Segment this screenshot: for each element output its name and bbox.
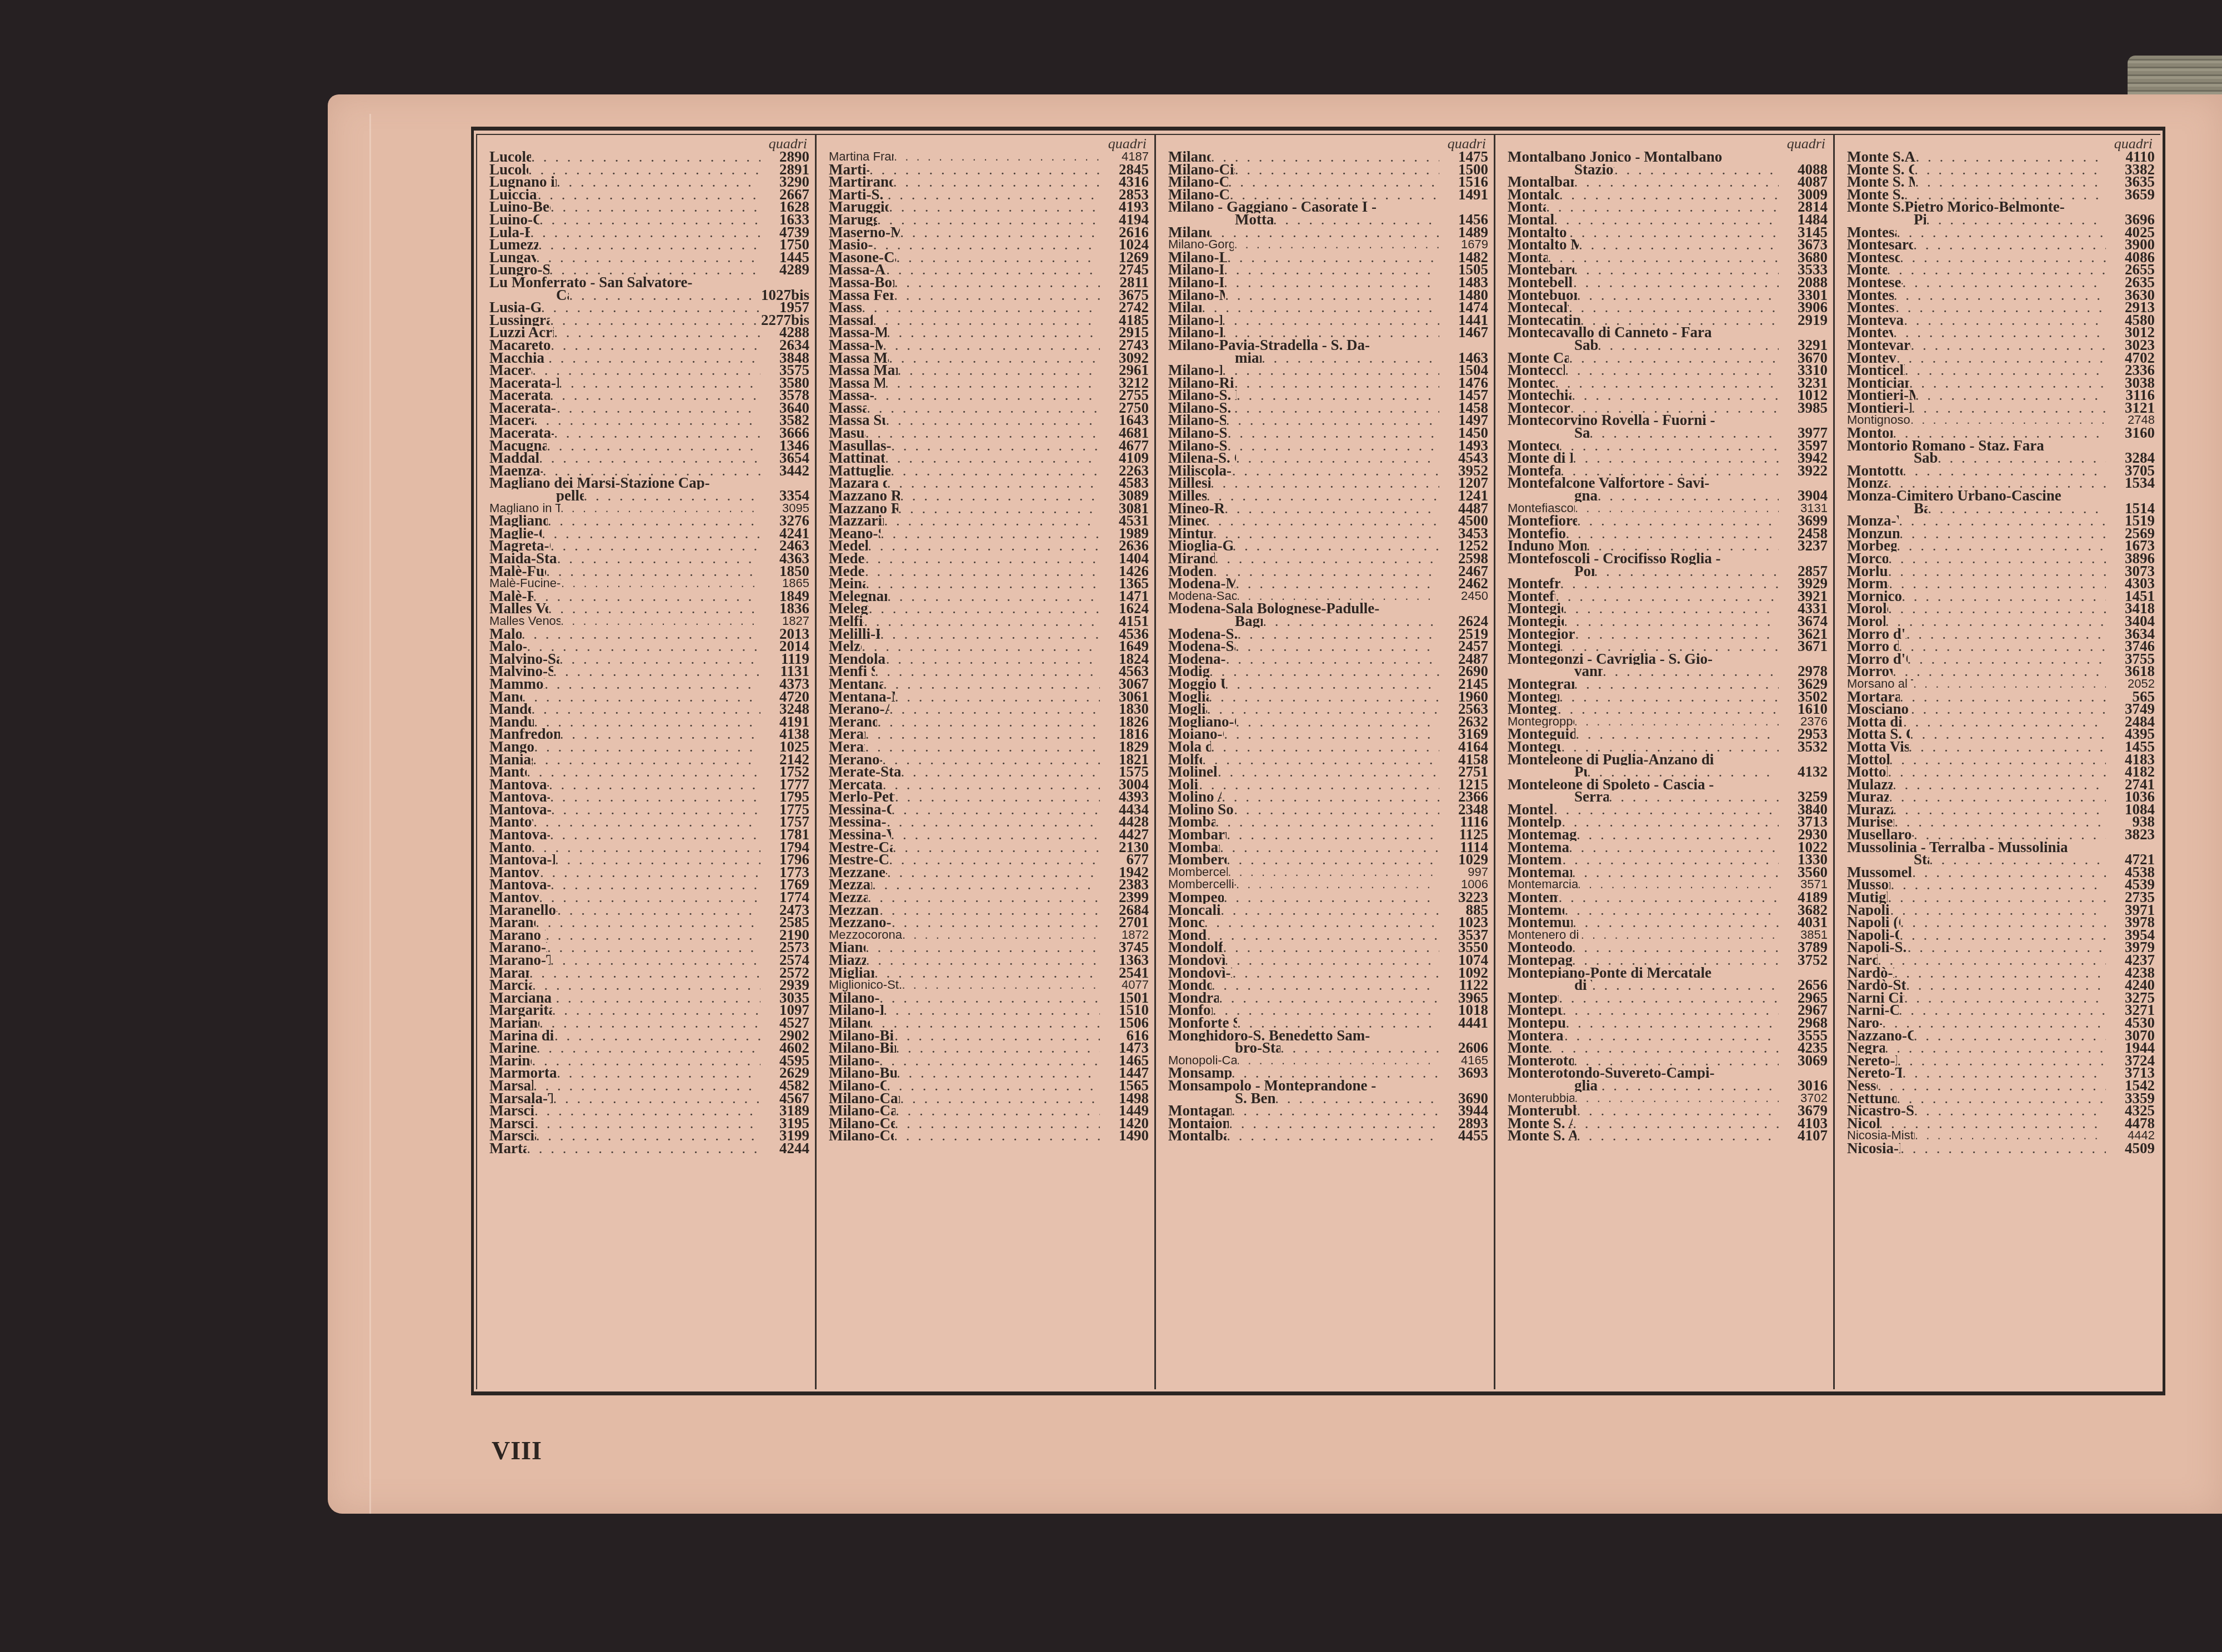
route-name: Nardò-Porto Cesareo — [1847, 967, 1894, 979]
route-name: Stazione Ferrovie Stato — [1574, 163, 1614, 176]
leader-dots — [1213, 565, 1439, 578]
index-entry: Mazzano Romano-Bivio Settevene3089 — [829, 489, 1149, 502]
index-entry: Mantova-Gonzaga1757 — [489, 815, 809, 828]
index-entry: Napoli (Autovie di)3971 — [1847, 904, 2155, 917]
table-number: 3823 — [2106, 828, 2155, 841]
index-entry: Morlupo-Stazione3073 — [1847, 565, 2155, 578]
index-entry: Montecorvino-Pontecagnano3985 — [1508, 402, 1828, 414]
leader-dots — [1888, 552, 2106, 565]
leader-dots — [1211, 151, 1439, 163]
index-entry: Monteleone di Puglia-Anzano di — [1508, 753, 1828, 766]
leader-dots — [1594, 565, 1779, 578]
index-entry: Masone-Campo Ligure .. 1255 e1269 — [829, 251, 1149, 264]
route-name: Mantova-Gonzaga — [489, 815, 533, 828]
leader-dots — [1207, 489, 1439, 502]
leader-dots — [1559, 992, 1779, 1004]
leader-dots — [865, 552, 1100, 565]
index-entry: Malè-Rabbi Bagni1849 — [489, 590, 809, 603]
index-entry: Mondolfo-Marotta Staz.3550 — [1168, 941, 1488, 954]
route-name: Montecavallo di Canneto - Fara — [1508, 326, 1711, 339]
index-entry: Martina Franca-Crispiano-Taranto4187 — [829, 151, 1149, 163]
route-name: Macerata-Sarnano-Amandola — [489, 427, 554, 439]
route-name: Malles Venosta-Monastero — [489, 602, 548, 615]
index-entry: Marano-Modena-Bologna2573 — [489, 941, 809, 954]
route-name: Monticiano-Ponte della Feccia — [1847, 377, 1909, 389]
route-name: Motta S. Giovanni-Reggio Cal. — [1847, 728, 1910, 740]
index-entry: Montegranaro-Portocivitanova3629 — [1508, 678, 1828, 690]
index-entry: Montemarcello-Ameglia1330 — [1508, 853, 1828, 866]
route-name: Maranello-Sassuolo — [489, 916, 536, 929]
leader-dots — [1234, 377, 1439, 389]
index-entry: Masullas-Mogoro-Uras Staz.4677 — [829, 439, 1149, 452]
route-name: Mondolfo-Marotta Staz. — [1168, 941, 1223, 954]
leader-dots — [1902, 1067, 2106, 1079]
route-name: Monte Cavallo-Pieve Torina — [1508, 352, 1569, 364]
leader-dots — [1225, 289, 1439, 302]
index-entry: Monterotondo-Suvereto-Campi- — [1508, 1067, 1828, 1079]
index-entry: Miano-Teramo3745 — [829, 941, 1149, 954]
index-entry: Pontedera2857 — [1508, 565, 1828, 578]
index-entry: Monzuno-Vado-Bologna2569 — [1847, 527, 2155, 540]
index-entry: Malles Venosta-Resia Passo-Nauders1827 — [489, 615, 809, 628]
leader-dots — [544, 678, 760, 690]
leader-dots — [549, 263, 760, 276]
leader-dots — [560, 502, 760, 515]
route-name: Marano Lagunare-Udine — [489, 929, 546, 942]
index-entry: Marti-S. Romano Stazione2853 — [829, 188, 1149, 201]
leader-dots — [538, 238, 760, 251]
route-name: Montalto Marche-Porto S.Giorgio — [1508, 238, 1579, 251]
leader-dots — [1911, 703, 2106, 715]
index-entry: Mezzano-Villanova-Ravenna2701 — [829, 916, 1149, 929]
leader-dots — [1559, 690, 1779, 703]
route-name: Maenza-Sezze-Pontinia — [489, 464, 543, 477]
index-entry: Meano-Sedico-Belluno1989 — [829, 527, 1149, 540]
route-name: Morro d'Alba-Monsano-Jesi — [1847, 628, 1906, 640]
route-name: Mezzani-Parma — [829, 891, 868, 904]
route-name: Montottone-Grottazzolina — [1847, 464, 1903, 477]
route-name: Piceno — [1914, 213, 1926, 226]
route-name: Mede-Mortara — [829, 552, 865, 565]
index-entry: Massa Superiore-Ferrara1643 — [829, 414, 1149, 427]
index-entry: Mosciano S. Angelo-Giulianova3749 — [1847, 703, 2155, 715]
leader-dots — [1573, 452, 1779, 464]
route-name: Montepulciano-Torrenieri — [1508, 1017, 1565, 1029]
leader-dots — [1889, 753, 2106, 766]
index-entry: Monticiano-Ponte della Feccia3038 — [1847, 377, 2155, 389]
route-name: Mantova-Ostiglia — [489, 841, 531, 854]
route-name: Montebuono-Tarano-Stimigliano — [1508, 289, 1577, 302]
route-name: Massa-Borgo a Buggiano Staz. — [829, 276, 894, 289]
route-name: Messina-Massa S. Giorgio — [829, 815, 887, 828]
index-entry: Minturno-Stazione3453 — [1168, 527, 1488, 540]
leader-dots — [1235, 640, 1439, 653]
leader-dots — [1905, 364, 2106, 377]
leader-dots — [1202, 753, 1439, 766]
index-entry: Mazzarino-Caltanissetta4531 — [829, 514, 1149, 527]
route-name: Merlo-Pettogallico-Reggio Cal. — [829, 790, 895, 803]
index-entry: bro-Staz.-Rocche di Lagaro2606 — [1168, 1042, 1488, 1054]
route-name: Morbegno-Gerola Alta — [1847, 539, 1896, 552]
leader-dots — [569, 289, 758, 302]
route-name: Mottola-S. Basilio — [1847, 765, 1888, 778]
leader-dots — [1901, 590, 2106, 603]
route-name: Molini-Gavi — [1168, 778, 1199, 791]
route-name: Milano-Binasco-Certosa-Pavia — [829, 1029, 894, 1042]
index-entry: Mango-Neive-Alba1025 — [489, 740, 809, 753]
route-name: Malè-Fucine-Cogolo-Peio — [489, 565, 546, 578]
route-name: Macerata-Ancona — [489, 364, 532, 377]
leader-dots — [1237, 1017, 1439, 1029]
leader-dots — [1549, 1042, 1779, 1054]
route-name: Montalcino-Torrenieri — [1508, 188, 1559, 201]
route-name: Montieri-Miniere S. Boccheggiano — [1847, 389, 1915, 402]
table-number: 3922 — [1779, 464, 1828, 477]
route-name: Mantova-Viadana-Brescello — [489, 878, 551, 891]
index-entry: Messina-Massa S. Giorgio4428 — [829, 815, 1149, 828]
route-name: Lusia-Grompo-Rovivo — [489, 301, 541, 314]
index-entry: Mineo-Stazione4500 — [1168, 514, 1488, 527]
route-name: Merate-Stazione Merate-Cernusco — [829, 765, 900, 778]
table-number: 3069 — [1779, 1054, 1828, 1067]
index-entry: Montemarciano-Casebruciate3560 — [1508, 866, 1828, 879]
route-name: Montegiorgio-S. Elpidio a Mare — [1508, 628, 1575, 640]
route-name: Milano-Somaglia-Piacenza — [1168, 439, 1227, 452]
index-entry: Milano-Lacchiarella-Pavia1482 — [1168, 251, 1488, 264]
route-name: Morlupo-Stazione — [1847, 565, 1888, 578]
index-entry: Mantova-Viadana-Brescello1769 — [489, 878, 809, 891]
leader-dots — [1929, 853, 2106, 866]
leader-dots — [894, 1029, 1100, 1042]
route-name: Montecorvino-Pontecagnano — [1508, 402, 1570, 414]
leader-dots — [894, 151, 1100, 163]
leader-dots — [872, 878, 1100, 891]
leader-dots — [1899, 1004, 2106, 1017]
leader-dots — [1565, 527, 1779, 540]
index-entry: Narni-Civita Castellana3271 — [1847, 1004, 2155, 1017]
leader-dots — [1232, 1104, 1439, 1117]
leader-dots — [1910, 728, 2106, 740]
index-entry: Montegrimano-Rimini3502 — [1508, 690, 1828, 703]
leader-dots — [889, 703, 1100, 715]
leader-dots — [554, 427, 760, 439]
leader-dots — [1909, 377, 2106, 389]
route-name: Nereto-Tortoreto Stazione — [1847, 1067, 1902, 1079]
table-number: 4289 — [760, 263, 809, 276]
route-name: Mazara del Vallo-Costiera — [829, 477, 887, 489]
route-name: Montesano-Roccanova — [1847, 226, 1896, 239]
index-entry: glia Marittima3016 — [1508, 1079, 1828, 1092]
route-name: Macerata-Loreto-Porto Recanati — [489, 377, 559, 389]
leader-dots — [531, 151, 760, 163]
index-entry: Marineo-Bolognetta4602 — [489, 1042, 809, 1054]
leader-dots — [1580, 314, 1779, 327]
route-name: Luicciana-Mercatale — [489, 188, 538, 201]
route-name: Mombaruzzo-Acqui — [1168, 815, 1215, 828]
route-name: Montalbano Jonico - Montalbano — [1508, 151, 1722, 163]
index-entry: Milano-Gorgonzola-Trezzo d'Adda1679 — [1168, 238, 1488, 251]
index-entry: Monterubbiano-Montefiore dell'Aso3702 — [1508, 1092, 1828, 1105]
index-entry: Mondovì-Morozzo-Margarita1092 — [1168, 967, 1488, 979]
route-name: Montalto-Casteggio — [1508, 213, 1554, 226]
index-entry: miano al Colle1463 — [1168, 352, 1488, 364]
route-name: Macerata-Porto Potenza Picena — [489, 402, 557, 414]
index-entry: Mussomeli-Villalba4539 — [1847, 878, 2155, 891]
route-name: Monteguiduccio-Pesaro — [1508, 740, 1561, 753]
leader-dots — [879, 904, 1100, 917]
index-entry: Morcone-Stazione3896 — [1847, 552, 2155, 565]
table-number: 4244 — [760, 1142, 809, 1155]
leader-dots — [1896, 352, 2106, 364]
leader-dots — [892, 803, 1100, 816]
route-name: Montemarciano-Manifattura Tabacchi — [1508, 878, 1578, 891]
index-entry: Montegiorgio-Stazione3671 — [1508, 640, 1828, 653]
route-name: Napoli (Autovie di) — [1847, 904, 1890, 917]
leader-dots — [873, 314, 1100, 327]
leader-dots — [550, 828, 760, 841]
route-name: Manfredonia-Zapponeta-Barletta — [489, 728, 560, 740]
index-entry: Martano-Lecce4244 — [489, 1142, 809, 1155]
index-entry: Montecorvino Rovella - Fuorni - — [1508, 414, 1828, 427]
route-name: Margarita-Morozzo-Fossano — [489, 1004, 552, 1017]
leader-dots — [889, 352, 1100, 364]
index-entry: Milano-Carugate-Cornate d'Adda1498 — [829, 1092, 1149, 1105]
leader-dots — [885, 377, 1100, 389]
index-columns: quadriLucolena-Firenze2890Lucolena-Greve… — [476, 134, 2160, 1389]
route-name: Napoli-Ottaviano-Lauro — [1847, 929, 1899, 942]
route-name: Montefoscoli - Crocifisso Roglia - — [1508, 552, 1720, 565]
route-name: Nereto-Bivio Corropoli — [1847, 1054, 1897, 1067]
route-name: Mango-Neive-Alba — [489, 740, 534, 753]
index-entry: Monte S. Giov. Campano-Porrino3382 — [1847, 163, 2155, 176]
leader-dots — [1910, 414, 2106, 427]
route-name: Modena-Correggio — [1168, 565, 1213, 578]
leader-dots — [553, 665, 760, 678]
index-entry: Merano-Castel Verruca1821 — [829, 753, 1149, 766]
leader-dots — [1577, 1129, 1779, 1142]
leader-dots — [1574, 1054, 1779, 1067]
leader-dots — [1569, 352, 1779, 364]
leader-dots — [1574, 1092, 1779, 1105]
route-name: Massa Martana-Stazione — [829, 377, 885, 389]
leader-dots — [557, 904, 760, 917]
index-entry: Mercatale-Montevarchi3004 — [829, 778, 1149, 791]
index-entry: Montefiore dell'Aso-S. Benedetto3699 — [1508, 514, 1828, 527]
index-entry: Milano-Senago-Cermenate1450 — [1168, 427, 1488, 439]
leader-dots — [551, 339, 760, 352]
leader-dots — [882, 753, 1100, 766]
index-entry: Monforte S. Giorgio-Torregrotta4441 — [1168, 1017, 1488, 1029]
leader-dots — [534, 740, 760, 753]
index-entry: Milano-Castel S. Giov.-Pianello1449 — [829, 1104, 1149, 1117]
index-entry: Macerata-Sarnano-Amandola3666 — [489, 427, 809, 439]
leader-dots — [879, 992, 1100, 1004]
route-name: Nazzano-Civitella S. Paolo-Roma — [1847, 1029, 1914, 1042]
route-name: Modigliana-Forlì — [1168, 665, 1209, 678]
leader-dots — [894, 276, 1100, 289]
index-entry: Montebaroccio-Trebbio-Pesaro3533 — [1508, 263, 1828, 276]
index-entry: Masio-Alessandria1024 — [829, 238, 1149, 251]
leader-dots — [542, 527, 760, 540]
leader-dots — [1236, 878, 1439, 891]
index-entry: Modena-S. Giovanni in Persiceto2519 — [1168, 628, 1488, 640]
route-name: Marciana Marina-Portoferraio — [489, 992, 555, 1004]
leader-dots — [1888, 891, 2106, 904]
index-entry: Monterotondo-Mentana-Roma3069 — [1508, 1054, 1828, 1067]
index-entry: Mezzani-Brescello2383 — [829, 878, 1149, 891]
route-name: Nicolosi-Etna — [1847, 1117, 1879, 1130]
route-name: Milano-Rivolta d'Adda-Vailate — [1168, 377, 1234, 389]
index-entry: Mogliano-Corridonia-Macerata2632 — [1168, 715, 1488, 728]
index-entry: Milano-Pavia-Arena Po1441 — [1168, 314, 1488, 327]
index-entry: Montefiascone-Civitella-Castiglione3131 — [1508, 502, 1828, 515]
route-name: Masullas-Mogoro-Uras Staz. — [829, 439, 891, 452]
leader-dots — [539, 452, 760, 464]
leader-dots — [1202, 301, 1439, 314]
index-entry: Mondavio-Fano3537 — [1168, 929, 1488, 942]
leader-dots — [527, 640, 760, 653]
index-entry: Melegnano-Lodi1624 — [829, 602, 1149, 615]
index-entry: Massa-Marina dei Ronchi2915 — [829, 326, 1149, 339]
route-name: Murazzano-Dogliani — [1847, 803, 1893, 816]
route-name: Mezzani-Brescello — [829, 878, 872, 891]
leader-dots — [1560, 577, 1779, 590]
leader-dots — [900, 1092, 1100, 1105]
index-entry: Morro d'Oro-Roseto Abruzzi3755 — [1847, 653, 2155, 665]
table-number: 1491 — [1439, 188, 1488, 201]
index-entry: Mezzane-Vago-Zevio-Palù1942 — [829, 866, 1149, 879]
index-entry: Monte S. Martino-Stazione3659 — [1847, 188, 2155, 201]
route-name: Melfi-Barletta — [829, 615, 864, 628]
leader-dots — [895, 1104, 1100, 1117]
route-name: Montemagno-Castell'Alfero — [1508, 841, 1569, 854]
leader-dots — [1573, 276, 1779, 289]
leader-dots — [1592, 979, 1779, 992]
leader-dots — [536, 916, 760, 929]
route-name: Montegonzi - Cavriglia - S. Gio- — [1508, 653, 1713, 665]
index-entry: Monte S. Angelo-Manfredonia4103 — [1508, 1117, 1828, 1130]
route-name: Milano-Busto Garolfo-Arconate — [829, 1067, 897, 1079]
index-entry: Milano-Broni-Pometo1465 — [829, 1054, 1149, 1067]
leader-dots — [1565, 1017, 1779, 1029]
index-entry: Serravalle Stazione3259 — [1508, 790, 1828, 803]
index-entry: Nereto-Tortoreto Stazione3713 — [1847, 1067, 2155, 1079]
route-name: Milano-Arese-Lainate — [829, 992, 879, 1004]
route-name: Minturno-Stazione — [1168, 527, 1213, 540]
leader-dots — [1896, 1092, 2106, 1105]
leader-dots — [1915, 389, 2106, 402]
route-name: Montepulciano-Stazione — [1508, 1004, 1563, 1017]
route-name: Montegiorgio-Stazione — [1508, 640, 1560, 653]
index-entry: Lungro-Spezzano Albanese4289 — [489, 263, 809, 276]
route-name: Meina-Colazza — [829, 577, 865, 590]
index-entry: Milano-Galgiana1489 — [1168, 226, 1488, 239]
route-name: Monterotondo-Suvereto-Campi- — [1508, 1067, 1714, 1079]
route-name: Massa-Forno — [829, 301, 862, 314]
leader-dots — [893, 841, 1100, 854]
index-entry: Malvino-Sardigliano-Tortona1131 — [489, 665, 809, 678]
route-name: Marsala-Tabaccaro-Ciappola — [489, 1092, 553, 1105]
index-entry: Mantova-Asola1752 — [489, 765, 809, 778]
leader-dots — [883, 339, 1100, 352]
table-number: 3560 — [1779, 866, 1828, 879]
route-name: Melegnano-Lodi — [829, 602, 869, 615]
route-name: Massa-Marina dei Ronchi — [829, 326, 887, 339]
leader-dots — [1574, 715, 1779, 728]
index-entry: Monte S. Martino-Passo S. Angelo3635 — [1847, 176, 2155, 188]
index-entry: Macchia Valfortore-S. Elia3848 — [489, 352, 809, 364]
route-name: Milano-Campione d'Italia — [829, 1079, 887, 1092]
route-name: Malè-Fucine-Vermiglio-Ponte di Legno — [489, 577, 561, 590]
index-entry: Montalbano-Staz. Cal. Lucane.4087 — [1508, 176, 1828, 188]
route-name: Mazzarino-Caltanissetta — [829, 514, 884, 527]
leader-dots — [539, 213, 760, 226]
index-entry: Milano-Arese-Lainate1501 — [829, 992, 1149, 1004]
route-name: Mottola-Palagiano — [1847, 753, 1889, 766]
leader-dots — [1563, 1004, 1779, 1017]
index-entry: Mantova-Ponte Rosso-Bancole1796 — [489, 853, 809, 866]
route-name: Montegiordano-Stazione — [1508, 602, 1563, 615]
leader-dots — [866, 954, 1100, 967]
index-entry: Milano - Gaggiano - Casorate I - — [1168, 201, 1488, 213]
leader-dots — [547, 439, 760, 452]
index-entry: Bastoni1514 — [1847, 502, 2155, 515]
index-entry: Marianopoli-Stazione4527 — [489, 1017, 809, 1029]
leader-dots — [1564, 904, 1779, 917]
route-name: Casale — [556, 289, 569, 302]
route-name: Lugnano in Teverina-Attigliano — [489, 176, 557, 188]
index-entry: Mammola-Cinquefrondi4373 — [489, 678, 809, 690]
route-name: Martano-Lecce — [489, 1142, 527, 1155]
index-entry: Moncalieri-Revigliasco885 — [1168, 904, 1488, 917]
route-name: Moiano-Città della Pieve — [1168, 728, 1224, 740]
route-name: Mestre-Chirignago-Mirano — [829, 853, 889, 866]
route-name: Montebelluna-Asolo-Crespano — [1508, 276, 1573, 289]
route-name: Montevarchi-Levane-Rapolano — [1847, 339, 1911, 352]
leader-dots — [1915, 1129, 2106, 1142]
index-entry: Montalcino-Torrenieri3009 — [1508, 188, 1828, 201]
route-name: S. Benedetto del Tronto — [1235, 1092, 1275, 1105]
route-name: Maruggio-Manduria — [829, 213, 877, 226]
leader-dots — [862, 301, 1100, 314]
route-name: Miliscola-Miseno-Baia-Bacoli — [1168, 464, 1232, 477]
route-name: Montorio Romano - Staz. Fara — [1847, 439, 2044, 452]
route-name: Massa Superiore-Ferrara — [829, 414, 885, 427]
route-name: Musellaro-Torre dei Passeri Staz. — [1847, 828, 1914, 841]
route-name: Malvino-Sardigliano-Tortona — [489, 665, 553, 678]
route-name: Monghidoro-S. Benedetto Sam- — [1168, 1029, 1370, 1042]
index-entry: Modena-Sacca-Cantone di Bastiglia2450 — [1168, 590, 1488, 603]
route-name: Malvino-Sardigliano-Novi Ligure — [489, 653, 559, 665]
route-name: Messina-Villafranca Tirrena — [829, 828, 891, 841]
page-number: VIII — [492, 1436, 542, 1465]
leader-dots — [896, 1042, 1100, 1054]
leader-dots — [1894, 289, 2106, 302]
leader-dots — [1914, 828, 2106, 841]
index-entry: Montemagno Ricetro-Calci-Pisa.2930 — [1508, 828, 1828, 841]
index-entry: Mineo-Ramacca-Catania4487 — [1168, 502, 1488, 515]
leader-dots — [1572, 954, 1779, 967]
index-entry: Montefiorino-Boccassuolo2458 — [1508, 527, 1828, 540]
route-name: Montechiaro-Villanova d'Asti — [1508, 389, 1572, 402]
index-entry: Montalto di Castro-Stazione3145 — [1508, 226, 1828, 239]
route-name: Modena-S. Giovanni in Persiceto — [1168, 628, 1238, 640]
leader-dots — [1569, 301, 1779, 314]
index-entry: Montechiaro-Villanova d'Asti1012 — [1508, 389, 1828, 402]
route-name: Monterubbiano-Porto S. Giorgio — [1508, 1104, 1577, 1117]
route-name: Milano-Barzanò-Bevera — [829, 1004, 883, 1017]
leader-dots — [1562, 815, 1779, 828]
